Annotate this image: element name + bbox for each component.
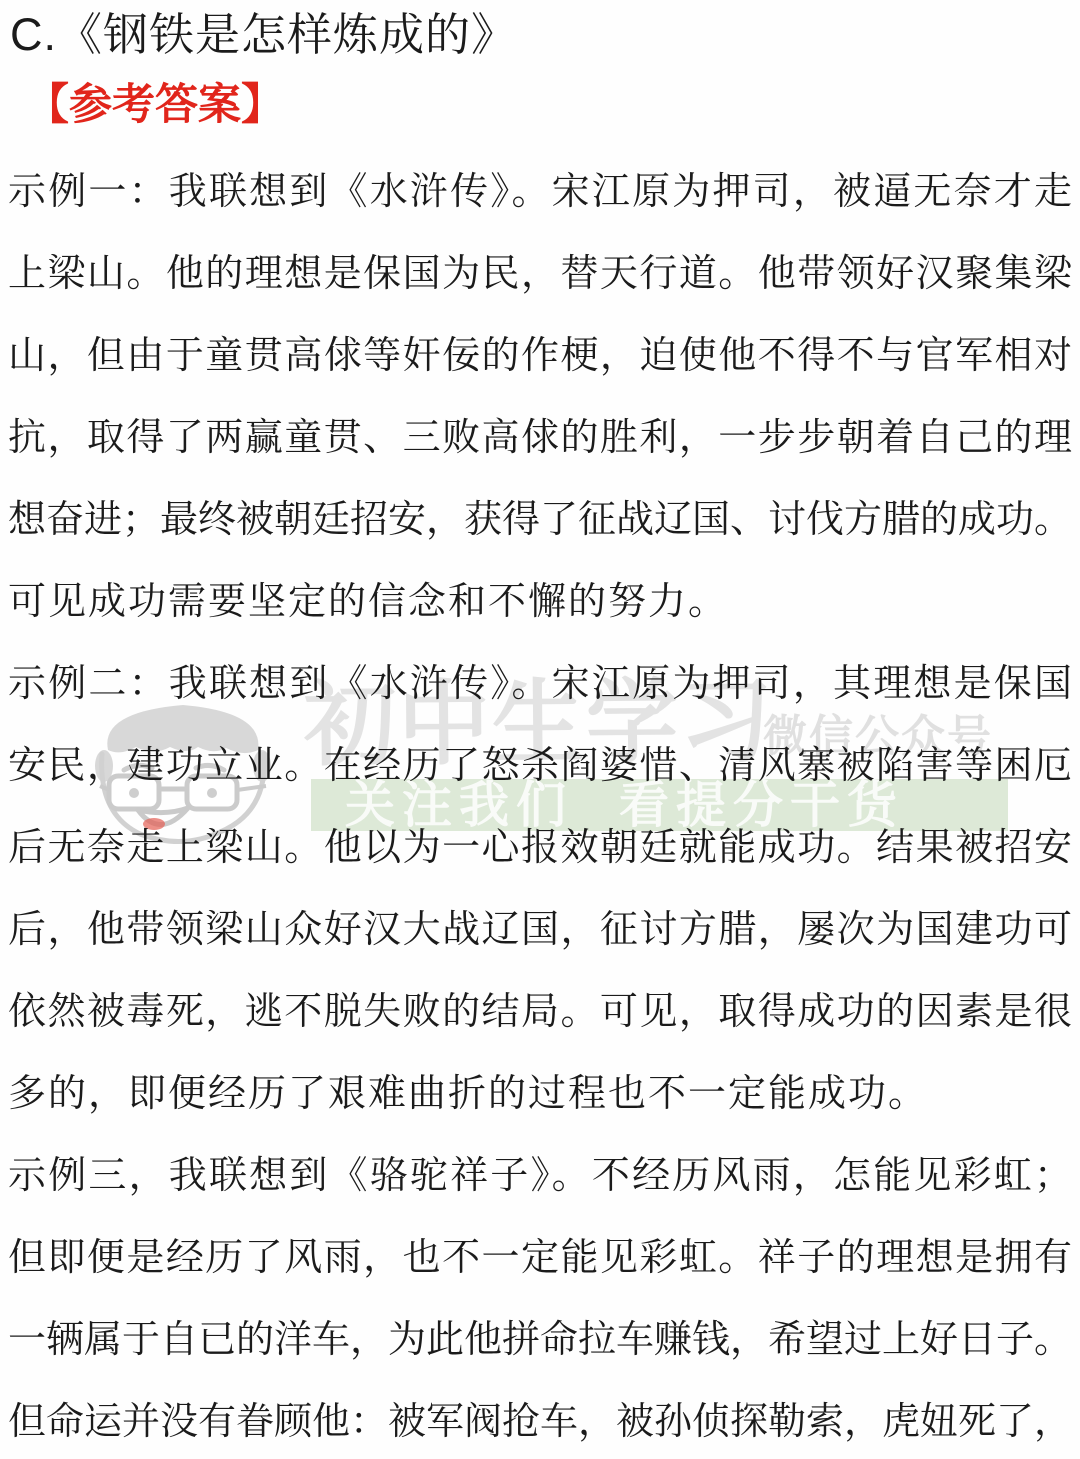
- text-line: 上梁山。他的理想是保国为民，替天行道。他带领好汉聚集梁: [8, 248, 1072, 300]
- text-line: 示例二：我联想到《水浒传》。宋江原为押司，其理想是保国: [8, 658, 1072, 710]
- option-c-line: C.《钢铁是怎样炼成的》: [10, 6, 517, 65]
- text-line: 但命运并没有眷顾他：被军阀抢车，被孙侦探勒索，虎妞死了，: [8, 1396, 1072, 1448]
- text-line: 多的，即便经历了艰难曲折的过程也不一定能成功。: [8, 1068, 1072, 1120]
- reference-answer-heading: 【参考答案】: [26, 78, 284, 134]
- text-line: 想奋进；最终被朝廷招安，获得了征战辽国、讨伐方腊的成功。: [8, 494, 1072, 546]
- text-line: 后，他带领梁山众好汉大战辽国，征讨方腊，屡次为国建功可: [8, 904, 1072, 956]
- answer-text-block: C.《钢铁是怎样炼成的》 【参考答案】 示例一：我联想到《水浒传》。宋江原为押司…: [0, 0, 1080, 1459]
- text-line: 可见成功需要坚定的信念和不懈的努力。: [8, 576, 1072, 628]
- text-line: 抗，取得了两赢童贯、三败高俅的胜利，一步步朝着自己的理: [8, 412, 1072, 464]
- document-page: 初中生学习 微信公众号 关注我们 看提分干货 C.《钢铁是怎样炼成的》 【参考答…: [0, 0, 1080, 1459]
- text-line: 但即便是经历了风雨，也不一定能见彩虹。祥子的理想是拥有: [8, 1232, 1072, 1284]
- text-line: 示例一：我联想到《水浒传》。宋江原为押司，被逼无奈才走: [8, 166, 1072, 218]
- text-line: 一辆属于自已的洋车，为此他拼命拉车赚钱，希望过上好日子。: [8, 1314, 1072, 1366]
- text-line: 山，但由于童贯高俅等奸佞的作梗，迫使他不得不与官军相对: [8, 330, 1072, 382]
- text-line: 安民，建功立业。在经历了怒杀阎婆惜、清风寨被陷害等困厄: [8, 740, 1072, 792]
- text-line: 后无奈走上梁山。他以为一心报效朝廷就能成功。结果被招安: [8, 822, 1072, 874]
- text-line: 示例三，我联想到《骆驼祥子》。不经历风雨，怎能见彩虹；: [8, 1150, 1072, 1202]
- text-line: 依然被毒死，逃不脱失败的结局。可见，取得成功的因素是很: [8, 986, 1072, 1038]
